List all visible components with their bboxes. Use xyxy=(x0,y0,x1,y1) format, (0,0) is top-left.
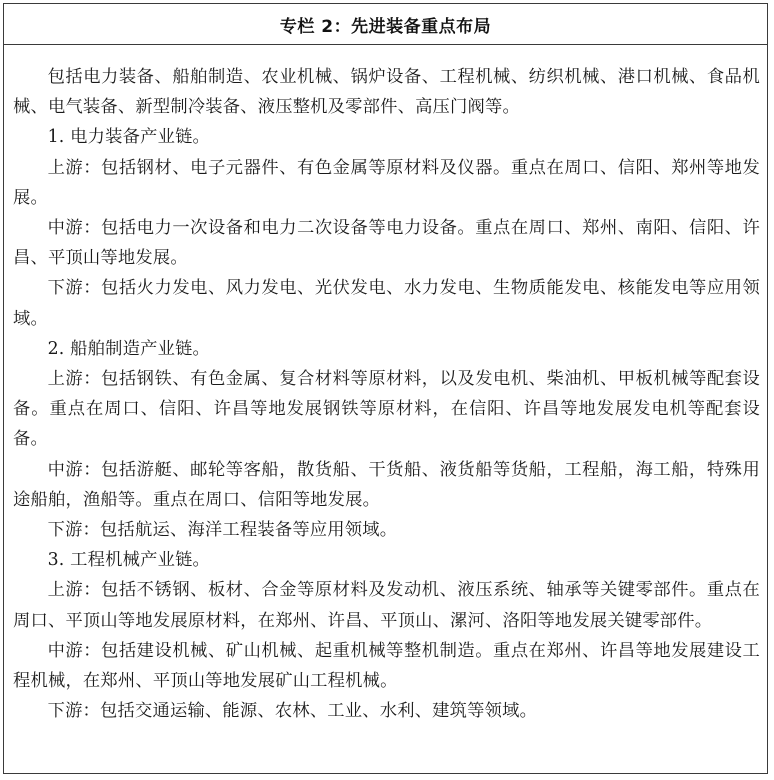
section-heading-construction-machinery: 3. 工程机械产业链。 xyxy=(13,545,760,575)
machinery-midstream-paragraph: 中游：包括建设机械、矿山机械、起重机械等整机制造。重点在郑州、许昌等地发展建设工… xyxy=(13,636,760,696)
power-downstream-paragraph: 下游：包括火力发电、风力发电、光伏发电、水力发电、生物质能发电、核能发电等应用领… xyxy=(13,273,760,333)
column-box: 专栏 2：先进装备重点布局 包括电力装备、船舶制造、农业机械、锅炉设备、工程机械… xyxy=(3,3,768,774)
section-heading-shipbuilding: 2. 船舶制造产业链。 xyxy=(13,334,760,364)
machinery-downstream-paragraph: 下游：包括交通运输、能源、农林、工业、水利、建筑等领域。 xyxy=(13,696,760,726)
column-title: 专栏 2：先进装备重点布局 xyxy=(280,12,491,37)
power-upstream-paragraph: 上游：包括钢材、电子元器件、有色金属等原材料及仪器。重点在周口、信阳、郑州等地发… xyxy=(13,153,760,213)
power-midstream-paragraph: 中游：包括电力一次设备和电力二次设备等电力设备。重点在周口、郑州、南阳、信阳、许… xyxy=(13,213,760,273)
intro-paragraph: 包括电力装备、船舶制造、农业机械、锅炉设备、工程机械、纺织机械、港口机械、食品机… xyxy=(13,62,760,122)
column-header: 专栏 2：先进装备重点布局 xyxy=(4,4,767,45)
ship-upstream-paragraph: 上游：包括钢铁、有色金属、复合材料等原材料，以及发电机、柴油机、甲板机械等配套设… xyxy=(13,364,760,455)
ship-midstream-paragraph: 中游：包括游艇、邮轮等客船，散货船、干货船、液货船等货船，工程船，海工船，特殊用… xyxy=(13,455,760,515)
section-heading-power-equipment: 1. 电力装备产业链。 xyxy=(13,122,760,152)
machinery-upstream-paragraph: 上游：包括不锈钢、板材、合金等原材料及发动机、液压系统、轴承等关键零部件。重点在… xyxy=(13,575,760,635)
column-body: 包括电力装备、船舶制造、农业机械、锅炉设备、工程机械、纺织机械、港口机械、食品机… xyxy=(4,45,767,726)
ship-downstream-paragraph: 下游：包括航运、海洋工程装备等应用领域。 xyxy=(13,515,760,545)
